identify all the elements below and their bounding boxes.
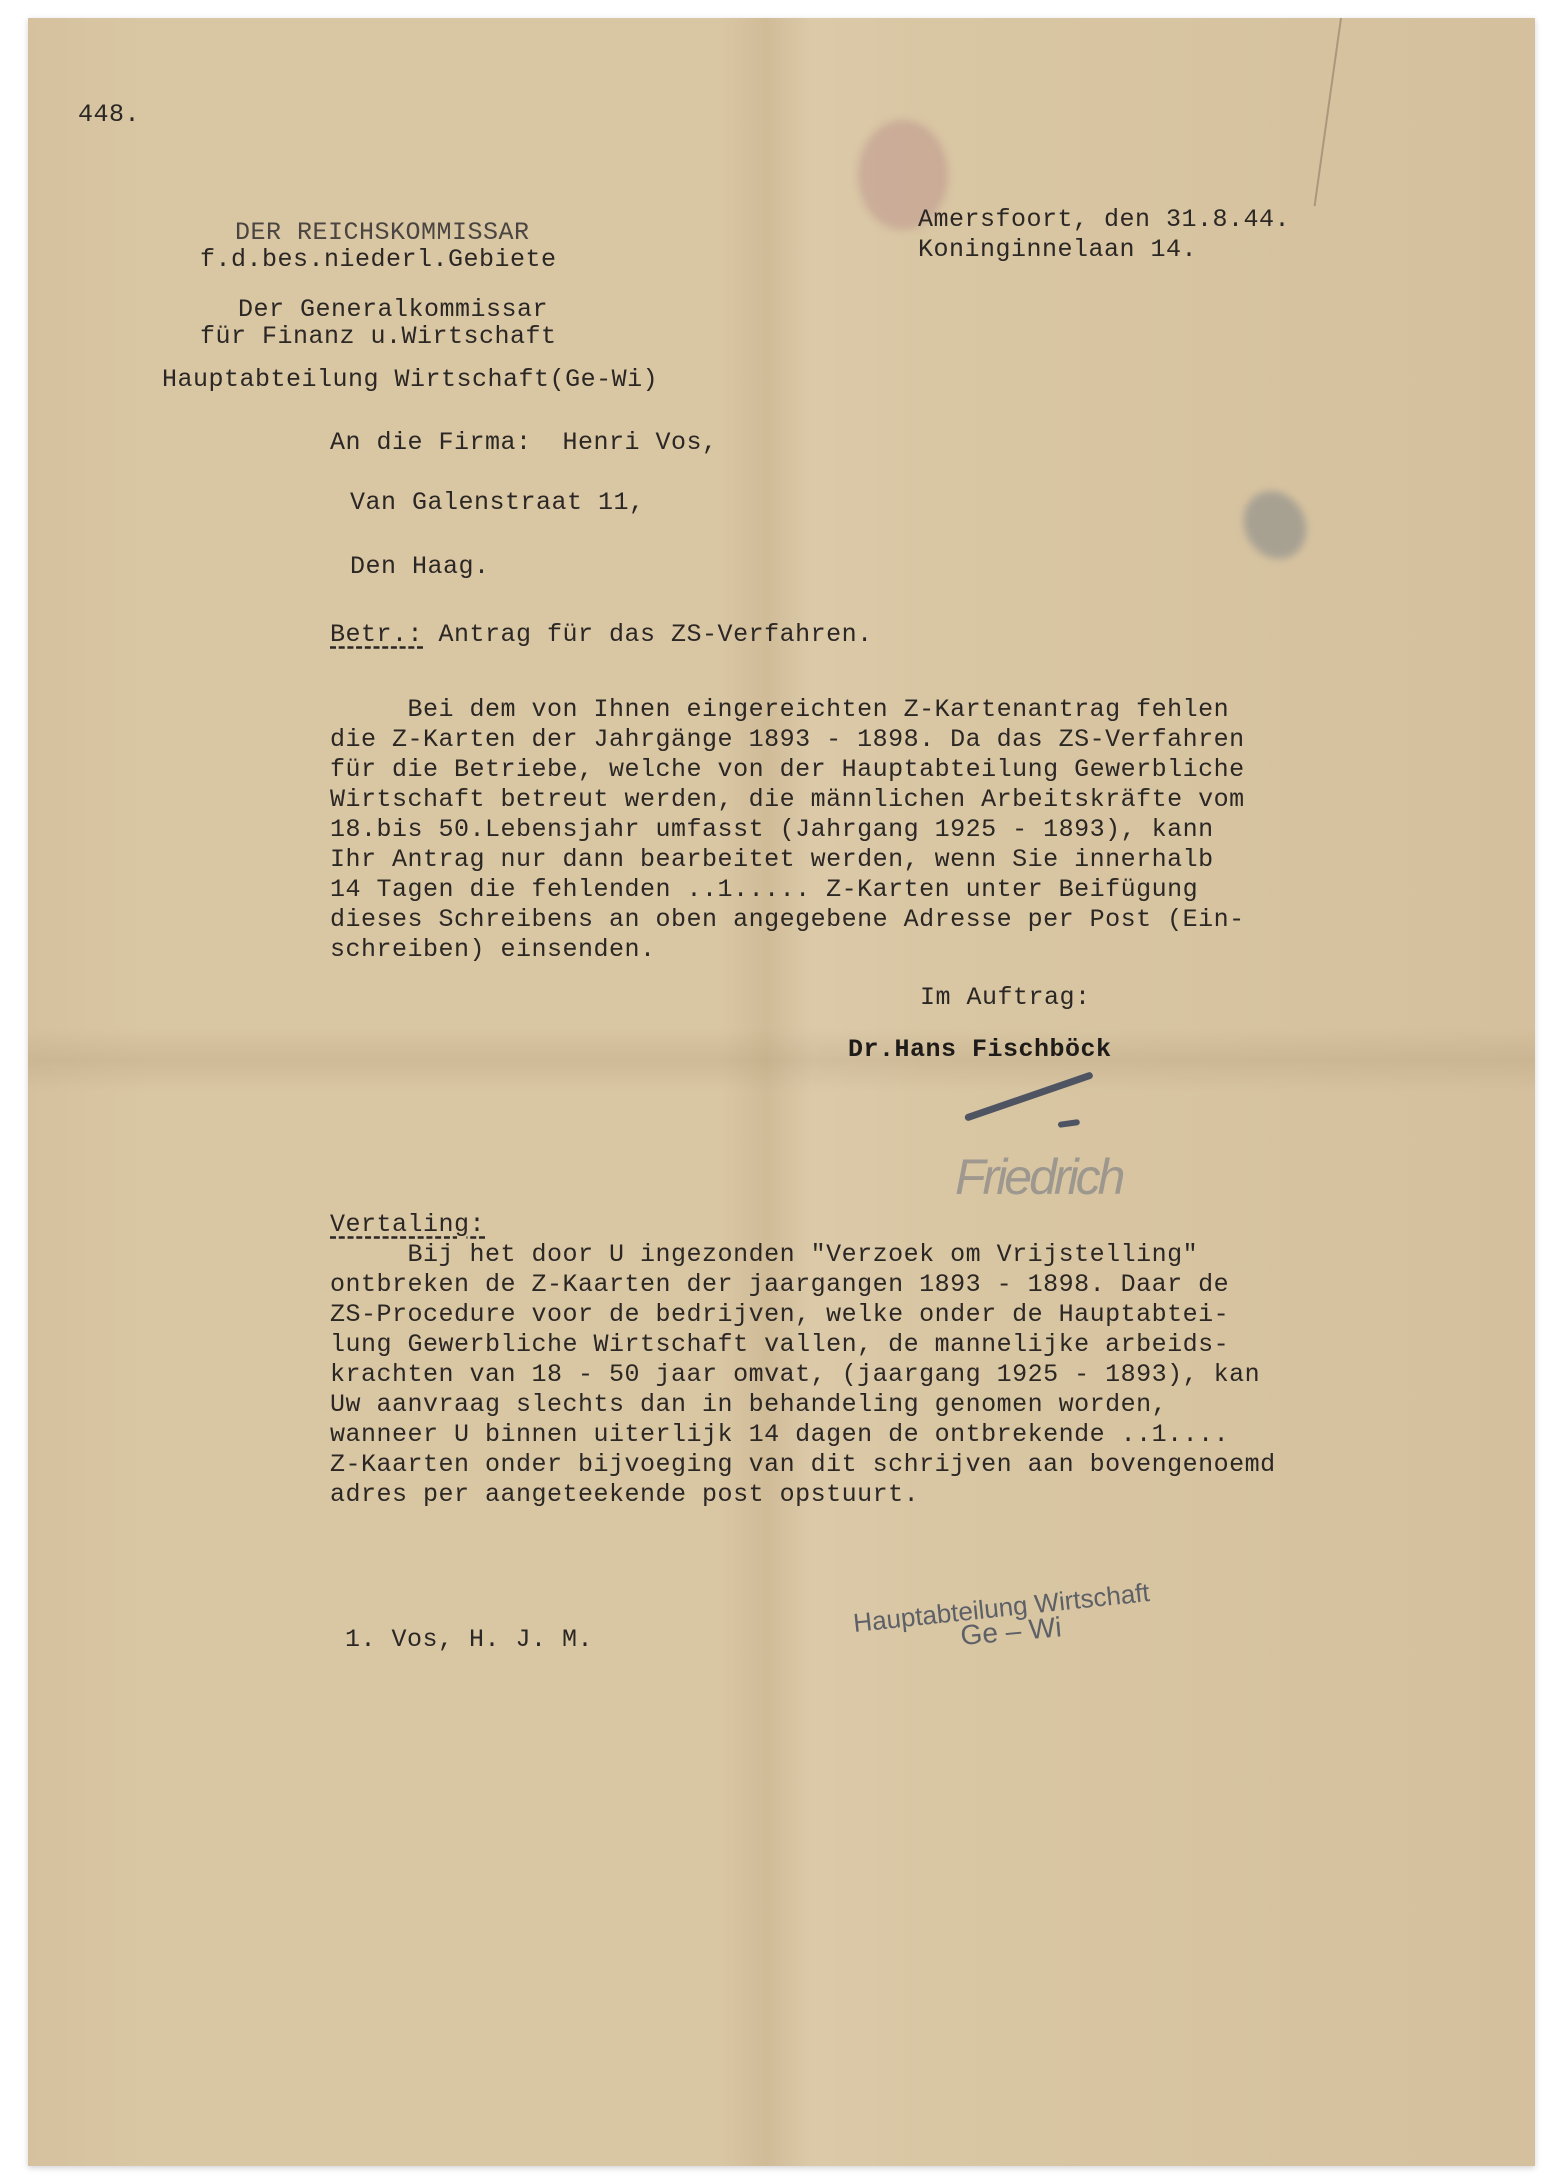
body-line: Ihr Antrag nur dann bearbeitet werden, w… bbox=[330, 845, 1214, 875]
letterhead-region: f.d.bes.niederl.Gebiete bbox=[200, 245, 557, 275]
page-number: 448. bbox=[78, 100, 140, 130]
body-line: für die Betriebe, welche von der Hauptab… bbox=[330, 755, 1245, 785]
body-line: 14 Tagen die fehlenden ..1..... Z-Karten… bbox=[330, 875, 1198, 905]
translation-line: Z-Kaarten onder bijvoeging van dit schri… bbox=[330, 1450, 1276, 1480]
letterhead-division: Hauptabteilung Wirtschaft(Ge-Wi) bbox=[162, 365, 658, 395]
sender-address: Koninginnelaan 14. bbox=[918, 235, 1197, 265]
body-line: schreiben) einsenden. bbox=[330, 935, 656, 965]
subject-text: Antrag für das ZS-Verfahren. bbox=[423, 620, 873, 649]
translation-line: krachten van 18 - 50 jaar omvat, (jaarga… bbox=[330, 1360, 1260, 1390]
signatory-name: Dr.Hans Fischböck bbox=[848, 1035, 1112, 1065]
recipient-city: Den Haag. bbox=[350, 552, 490, 582]
place-date: Amersfoort, den 31.8.44. bbox=[918, 205, 1290, 235]
body-line: die Z-Karten der Jahrgänge 1893 - 1898. … bbox=[330, 725, 1245, 755]
in-order-label: Im Auftrag: bbox=[920, 983, 1091, 1013]
translation-line: ontbreken de Z-Kaarten der jaargangen 18… bbox=[330, 1270, 1229, 1300]
letterhead-authority: DER REICHSKOMMISSAR bbox=[235, 218, 530, 248]
body-line: dieses Schreibens an oben angegebene Adr… bbox=[330, 905, 1245, 935]
translation-line: Uw aanvraag slechts dan in behandeling g… bbox=[330, 1390, 1167, 1420]
subject-line: Betr.: Antrag für das ZS-Verfahren. bbox=[330, 620, 873, 650]
recipient-street: Van Galenstraat 11, bbox=[350, 488, 645, 518]
translation-line: adres per aangeteekende post opstuurt. bbox=[330, 1480, 919, 1510]
body-line: Bei dem von Ihnen eingereichten Z-Karten… bbox=[330, 695, 1229, 725]
enclosure-line: 1. Vos, H. J. M. bbox=[345, 1625, 593, 1655]
translation-line: Bij het door U ingezonden "Verzoek om Vr… bbox=[330, 1240, 1198, 1270]
body-line: Wirtschaft betreut werden, die männliche… bbox=[330, 785, 1245, 815]
recipient-firm: An die Firma: Henri Vos, bbox=[330, 428, 718, 458]
subject-label: Betr.: bbox=[330, 620, 423, 649]
signature-scrawl: Friedrich bbox=[955, 1148, 1122, 1206]
translation-heading: Vertaling: bbox=[330, 1210, 485, 1240]
translation-line: wanneer U binnen uiterlijk 14 dagen de o… bbox=[330, 1420, 1229, 1450]
letterhead-commissioner: Der Generalkommissar bbox=[238, 295, 548, 325]
translation-line: ZS-Procedure voor de bedrijven, welke on… bbox=[330, 1300, 1229, 1330]
letterhead-department: für Finanz u.Wirtschaft bbox=[200, 322, 557, 352]
body-line: 18.bis 50.Lebensjahr umfasst (Jahrgang 1… bbox=[330, 815, 1214, 845]
translation-line: lung Gewerbliche Wirtschaft vallen, de m… bbox=[330, 1330, 1229, 1360]
